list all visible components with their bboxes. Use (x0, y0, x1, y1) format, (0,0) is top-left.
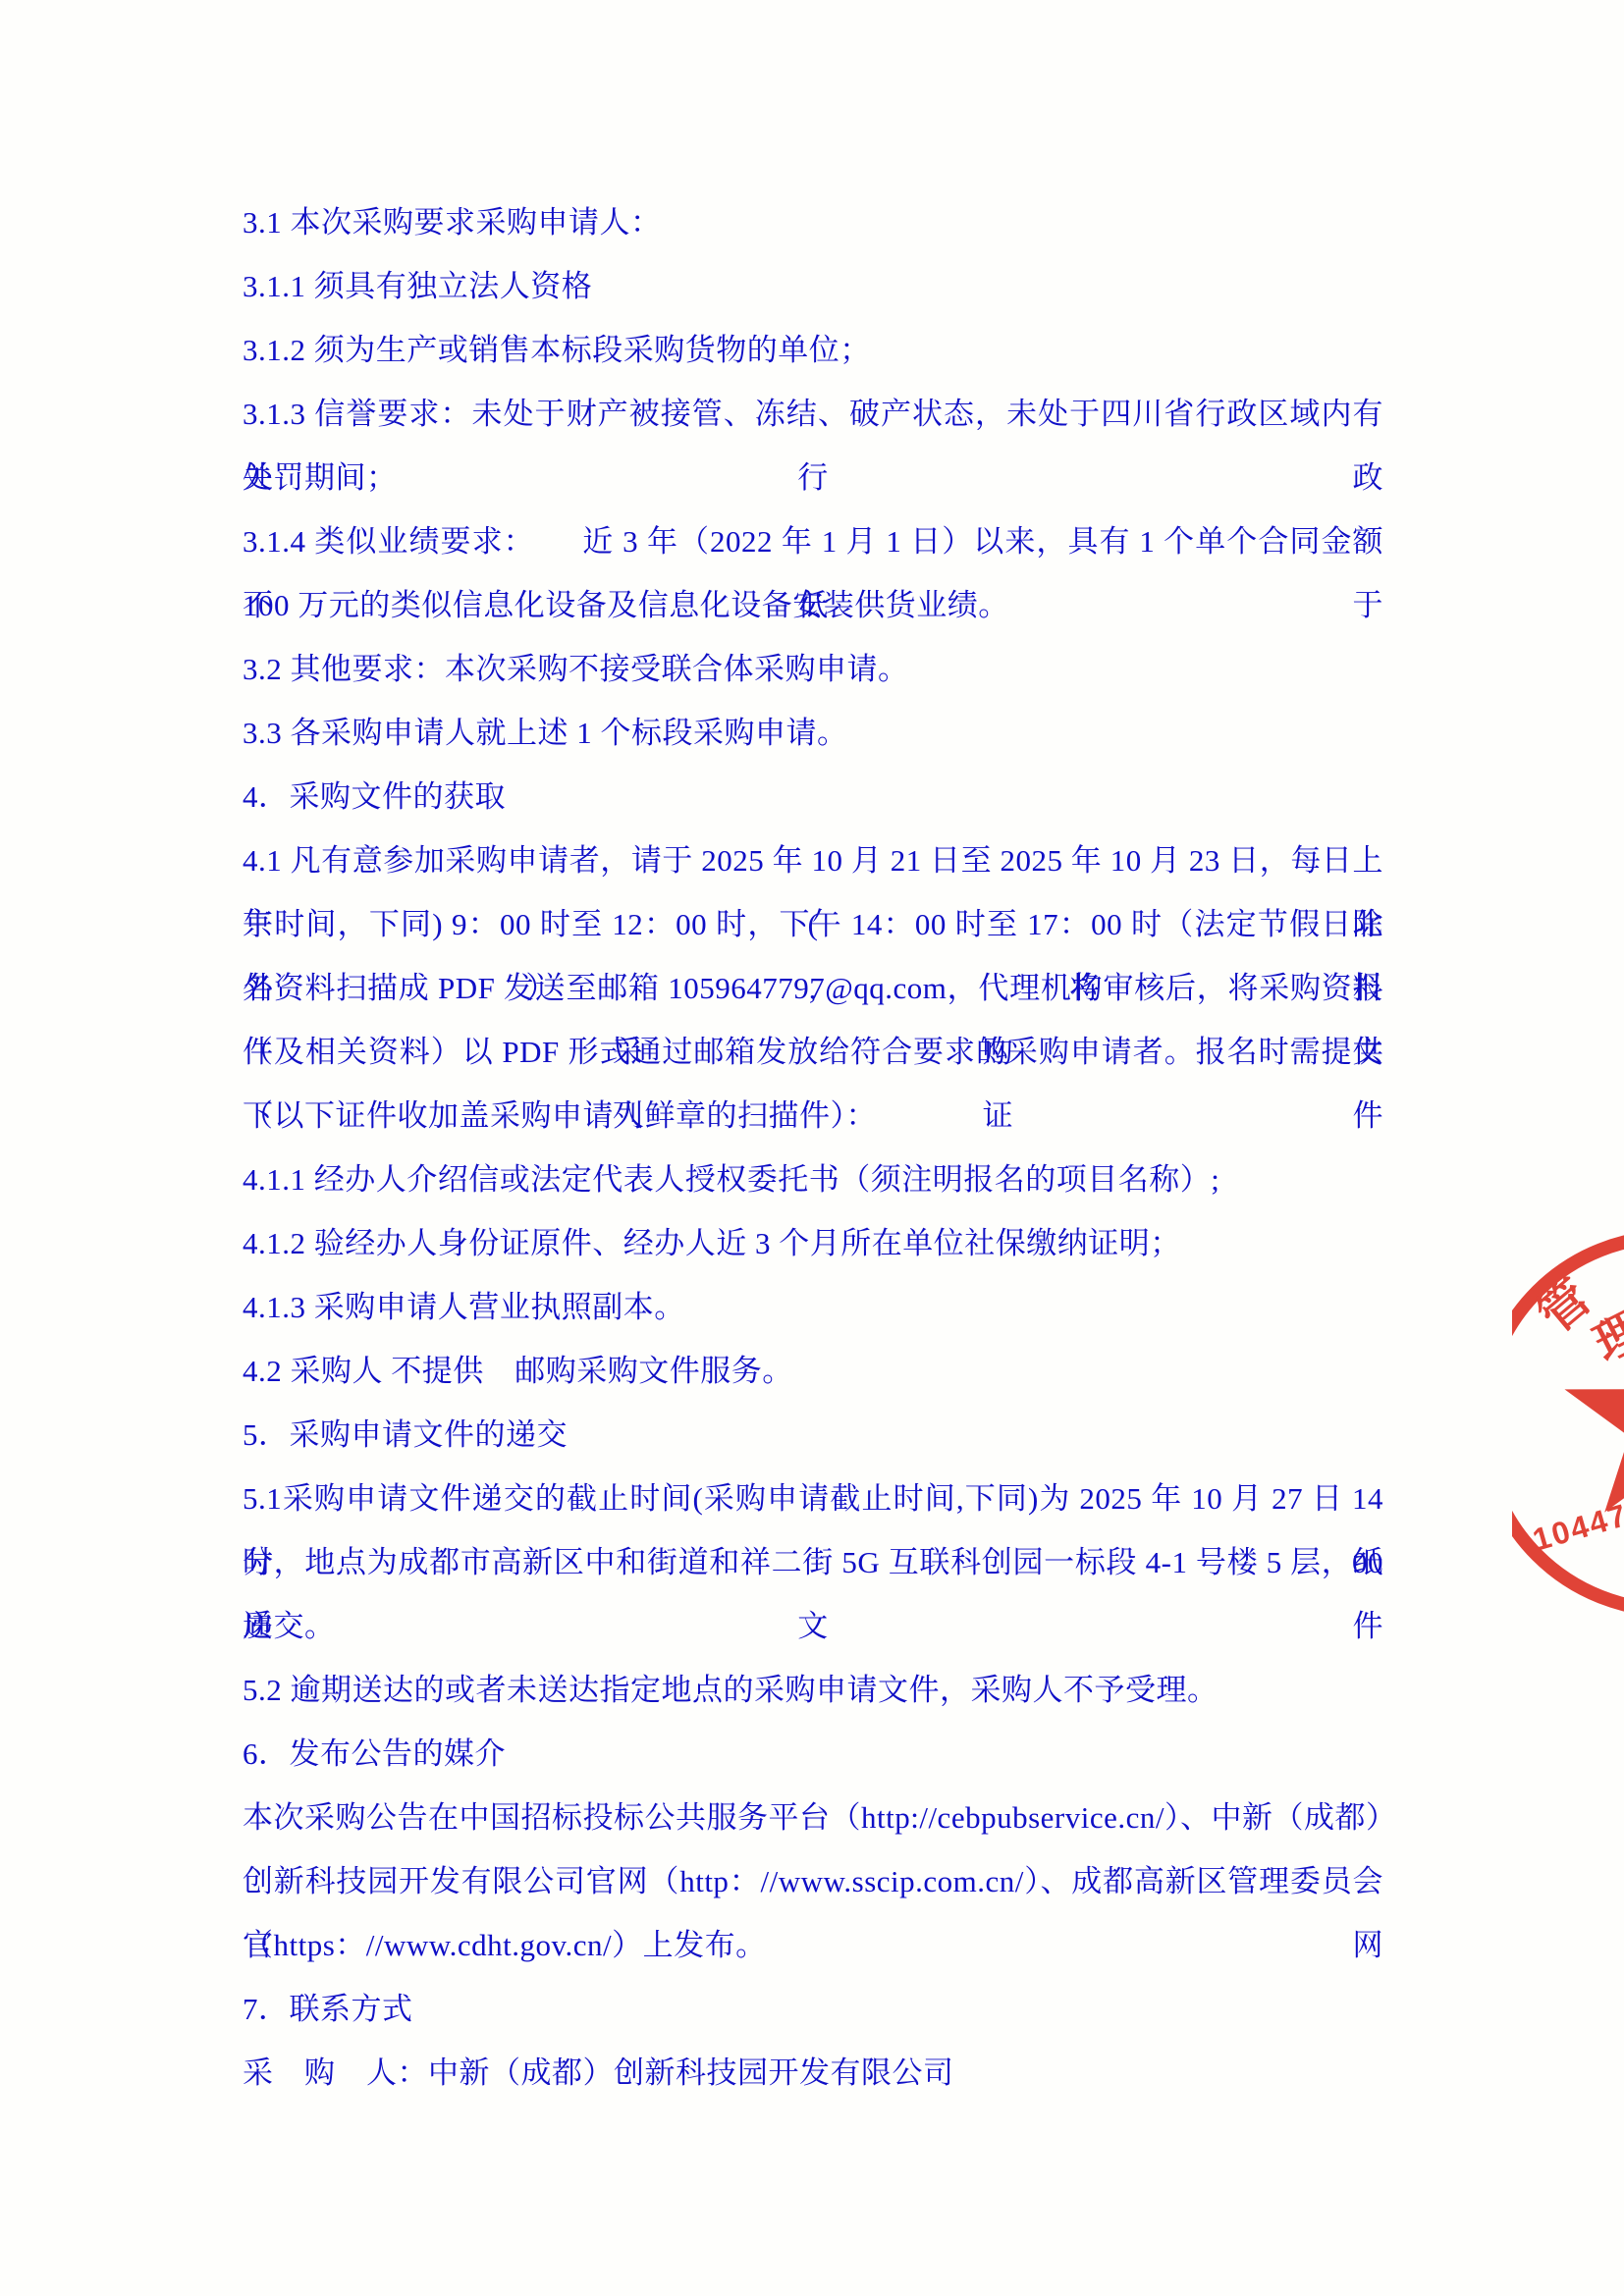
text-line: 3.1.2 须为生产或销售本标段采购货物的单位； (243, 318, 1383, 382)
text-line: 4．采购文件的获取 (243, 765, 1383, 828)
text-line: 4.2 采购人 不提供 邮购采购文件服务。 (243, 1339, 1383, 1403)
text-line: 3.2 其他要求：本次采购不接受联合体采购申请。 (243, 637, 1383, 701)
text-line: 3.3 各采购申请人就上述 1 个标段采购申请。 (243, 701, 1383, 765)
text-line: 4.1.1 经办人介绍信或法定代表人授权委托书（须注明报名的项目名称）; (243, 1148, 1383, 1211)
text-line: 4.1 凡有意参加采购申请者，请于 2025 年 10 月 21 日至 2025… (243, 828, 1383, 892)
stamp-serial-digits: 10447 (1529, 1497, 1624, 1558)
document-body: 3.1 本次采购要求采购申请人：3.1.1 须具有独立法人资格3.1.2 须为生… (243, 190, 1383, 2105)
text-line: 3.1.3 信誉要求：未处于财产被接管、冻结、破产状态，未处于四川省行政区域内有… (243, 382, 1383, 446)
text-line: 4.1.3 采购申请人营业执照副本。 (243, 1275, 1383, 1339)
text-line: 京时间，下同) 9：00 时至 12：00 时，下午 14：00 时至 17：0… (243, 892, 1383, 956)
text-line: 分，地点为成都市高新区中和街道和祥二街 5G 互联科创园一标段 4-1 号楼 5… (243, 1530, 1383, 1594)
text-line: 3.1.1 须具有独立法人资格 (243, 254, 1383, 318)
text-line: 5.1采购申请文件递交的截止时间(采购申请截止时间,下同)为 2025 年 10… (243, 1467, 1383, 1530)
text-line: 5．采购申请文件的递交 (243, 1403, 1383, 1467)
text-line: 本次采购公告在中国招标投标公共服务平台（http://cebpubservice… (243, 1786, 1383, 1849)
text-line: 6．发布公告的媒介 (243, 1722, 1383, 1786)
document-page: 3.1 本次采购要求采购申请人：3.1.1 须具有独立法人资格3.1.2 须为生… (0, 0, 1624, 2296)
text-line: 创新科技园开发有限公司官网（http：//www.sscip.com.cn/）、… (243, 1849, 1383, 1913)
text-line: 采 购 人：中新（成都）创新科技园开发有限公司 (243, 2041, 1383, 2105)
text-line: 5.2 逾期送达的或者未送达指定地点的采购申请文件，采购人不予受理。 (243, 1658, 1383, 1722)
text-line: 件及相关资料）以 PDF 形式通过邮箱发放给符合要求的采购申请者。报名时需提供下… (243, 1020, 1383, 1084)
text-line: 3.1.4 类似业绩要求： 近 3 年（2022 年 1 月 1 日）以来，具有… (243, 509, 1383, 573)
text-line: 4.1.2 验经办人身份证原件、经办人近 3 个月所在单位社保缴纳证明； (243, 1211, 1383, 1275)
company-seal-stamp: 管 理 10447 (1512, 1217, 1624, 1629)
text-line: 3.1 本次采购要求采购申请人： (243, 190, 1383, 254)
text-line: 名资料扫描成 PDF 发送至邮箱 1059647797@qq.com，代理机构审… (243, 956, 1383, 1020)
text-line: 7．联系方式 (243, 1977, 1383, 2041)
